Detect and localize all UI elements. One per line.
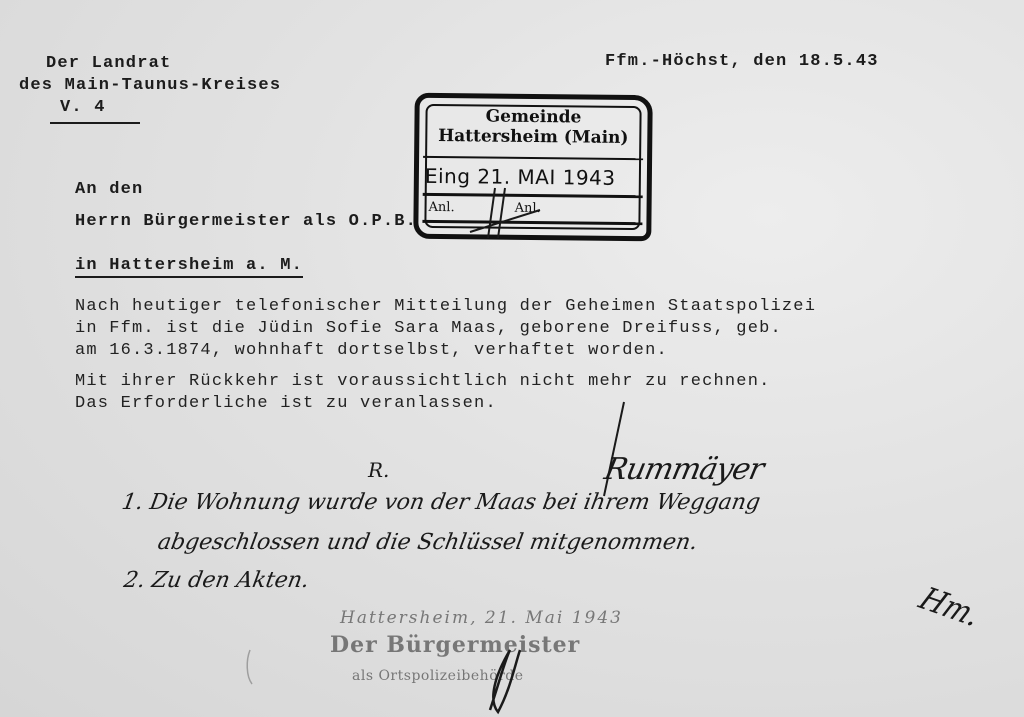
signature-stroke-icon bbox=[604, 402, 624, 496]
pen-strokes bbox=[0, 0, 1024, 717]
faint-bracket-icon bbox=[247, 650, 252, 684]
stamp-strike-icon bbox=[470, 188, 540, 238]
scanned-letter-page: Der Landrat des Main-Taunus-Kreises V. 4… bbox=[0, 0, 1024, 717]
closing-initials-stroke-icon bbox=[490, 650, 520, 712]
